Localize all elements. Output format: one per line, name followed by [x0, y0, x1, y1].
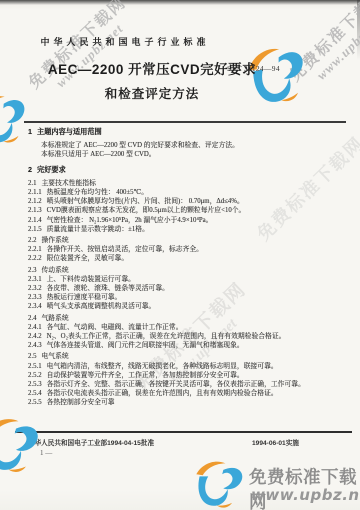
spec-line: 2.5电气系统 [28, 352, 342, 361]
clause-number: 2.4.1 [28, 323, 42, 332]
title-line-2: 和检查评定方法 [18, 84, 286, 102]
spec-line: 2.1.1热板温度分布均匀性： 400±5℃。 [28, 188, 342, 197]
clause-number: 2.4.2 [28, 332, 42, 341]
spec-line: 2.5.1电气箱内清洁，布线整齐，线路无破损老化，各种线路标志明显，联接可靠。 [28, 362, 342, 371]
clause-text: CVD膜表面观察应基本无发花，即0.5μm以上的颗粒每片应<10个。 [47, 207, 246, 214]
spec-line: 2.3.2各皮带、滚轮、滚珠、链条等灵活可靠。 [28, 284, 342, 293]
clause-text: 喷气头支承高度调整机构灵活可靠。 [47, 303, 156, 310]
spec-line: 2.5.3各指示灯齐全、完整、指示正确，各按键开关灵活可靠，各仪表指示正确，工作… [28, 380, 342, 389]
spec-line: 2.3传动系统 [28, 266, 342, 275]
clause-number: 2.4.3 [28, 341, 42, 350]
clause-text: 本标准规定了 AEC—2200 型 CVD 的完好要求和检查、评定方法。 [41, 142, 239, 149]
clause-text: 上、下料传动装置运行可靠。 [47, 276, 135, 283]
scan-edge-artifact [0, 0, 360, 5]
spec-line: 2.2.2限位装置齐全，灵敏可靠。 [28, 254, 342, 263]
clause-text: 各皮带、滚轮、滚珠、链条等灵活可靠。 [47, 285, 169, 292]
clause-number: 2.3 [28, 266, 37, 275]
clause-text: 气体各连接头管道、阀门元件之间联接牢固，无漏气和堵塞现象。 [47, 342, 244, 349]
watermark-url-text: www.upbz.net [251, 486, 360, 504]
clause-number: 2.3.2 [28, 284, 42, 293]
clause-number: 2.1.3 [28, 206, 42, 215]
clause-number: 2.5.4 [28, 389, 42, 398]
clause-text: 电气箱内清洁，布线整齐，线路无破损老化，各种线路标志明显，联接可靠。 [47, 363, 278, 370]
clause-number: 2.4 [28, 314, 37, 323]
spec-line: 2.2操作系统 [28, 236, 342, 245]
clause-text: 自动保护装置等元件齐全，工作正常，各加热控制部分安全可靠。 [47, 372, 244, 379]
spec-line: 2.1主要技术性能指标 [28, 179, 342, 188]
effective-date: 1994-06-01实施 [252, 437, 299, 447]
spec-line: 2.5.5各热控制部分安全可靠 [28, 398, 342, 407]
clause-number: 2.1.1 [28, 188, 42, 197]
spec-line: 2.4.3气体各连接头管道、阀门元件之间联接牢固，无漏气和堵塞现象。 [28, 341, 342, 350]
clause-number: 2.5 [28, 352, 37, 361]
spec-line: 2.3.1上、下料传动装置运行可靠。 [28, 275, 342, 284]
clause-text: 各指示灯齐全、完整、指示正确，各按键开关灵活可靠，各仪表指示正确，工作可靠。 [47, 381, 305, 388]
clause-text: 主题内容与适用范围 [37, 127, 102, 136]
spec-line: 2.5.4各指示仪电流表头指示正确，误差在允许范围内，且有有效期内检验合格证。 [28, 389, 342, 398]
spec-line: 2.1.5质量流量计显示数字跳动：±1格。 [28, 225, 342, 234]
clause-text: 各气缸、气动阀、电磁阀、流量计工作正常。 [47, 324, 183, 331]
clause-text: 操作系统 [42, 237, 69, 244]
spec-line: 2.1.3CVD膜表面观察应基本无发花，即0.5μm以上的颗粒每片应<10个。 [28, 206, 342, 215]
spec-line: 2.4.2N₂、O₂表头工作正常，指示正确，误差在允许范围内，且有有效期检验合格… [28, 332, 342, 341]
clause-number: 2.5.2 [28, 371, 42, 380]
clause-text: 完好要求 [37, 165, 66, 174]
clause-text: 传动系统 [42, 267, 69, 274]
header-rule [24, 121, 346, 123]
up-logo-icon [192, 458, 246, 510]
scanned-page: 免费标准下载网 www.upbz.net 免费标准下载网 www.upbz.ne… [0, 0, 360, 510]
clause-number: 2.2 [28, 236, 37, 245]
spec-line: 本标准只适用于 AEC—2200 型 CVD。 [28, 150, 342, 159]
spec-line: 2.2.1各操作开关、按钮启动灵活，定位可靠，标志齐全。 [28, 245, 342, 254]
spec-line: 2.1.4气密性检查： N₂1.96×10⁵Pa，2h 漏气应小于4.9×10⁴… [28, 216, 342, 225]
clause-number: 2.1.5 [28, 225, 42, 234]
clause-text: 热板运行速度平稳可靠。 [47, 294, 122, 301]
spec-line: 2.4.1各气缸、气动阀、电磁阀、流量计工作正常。 [28, 323, 342, 332]
standard-org-line: 中华人民共和国电子行业标准 [0, 35, 250, 48]
clause-number: 2.1.2 [28, 197, 42, 206]
clause-number: 2.2.1 [28, 245, 42, 254]
approval-line: 中华人民共和国电子工业部1994-04-15批准 [28, 437, 154, 447]
clause-number: 2.5.5 [28, 398, 42, 407]
clause-text: 质量流量计显示数字跳动：±1格。 [47, 226, 149, 233]
clause-number: 2 [28, 165, 32, 174]
spec-line: 1主题内容与适用范围 [28, 127, 342, 136]
page-number: 1 — [40, 449, 52, 457]
clause-text: 主要技术性能指标 [42, 180, 96, 187]
clause-number: 2.5.1 [28, 362, 42, 371]
watermark-site-text: 免费标准下载网 [249, 464, 360, 510]
clause-text: 电气系统 [42, 353, 69, 360]
clause-text: N₂、O₂表头工作正常，指示正确，误差在允许范围内，且有有效期检验合格证。 [47, 333, 286, 340]
footer-rule [15, 431, 352, 433]
document-body: 1主题内容与适用范围本标准规定了 AEC—2200 型 CVD 的完好要求和检查… [28, 127, 342, 408]
watermark-url-text: www.upbz.net [287, 0, 360, 109]
clause-number: 2.3.3 [28, 293, 42, 302]
clause-text: 喷头喷射气体膜厚均匀性(片内、片间、批间)： 0.70μm，Δd≤4%。 [47, 198, 244, 205]
spec-line: 2完好要求 [28, 165, 342, 174]
standard-number: SJ/T 31124—94 [227, 64, 280, 73]
clause-text: 热板温度分布均匀性： 400±5℃。 [47, 189, 148, 196]
clause-number: 2.1.4 [28, 216, 42, 225]
clause-text: 气路系统 [42, 315, 69, 322]
clause-number: 2.2.2 [28, 254, 42, 263]
spec-line: 本标准规定了 AEC—2200 型 CVD 的完好要求和检查、评定方法。 [28, 141, 342, 150]
spec-line: 2.3.4喷气头支承高度调整机构灵活可靠。 [28, 302, 342, 311]
clause-number: 2.3.1 [28, 275, 42, 284]
clause-text: 各指示仪电流表头指示正确，误差在允许范围内，且有有效期内检验合格证。 [47, 390, 278, 397]
clause-number: 2.3.4 [28, 302, 42, 311]
spec-line: 2.5.2自动保护装置等元件齐全，工作正常，各加热控制部分安全可靠。 [28, 371, 342, 380]
clause-number: 1 [28, 127, 32, 136]
clause-text: 各操作开关、按钮启动灵活，定位可靠，标志齐全。 [47, 246, 203, 253]
spec-line: 2.1.2喷头喷射气体膜厚均匀性(片内、片间、批间)： 0.70μm，Δd≤4%… [28, 197, 342, 206]
clause-number: 2.5.3 [28, 380, 42, 389]
clause-text: 限位装置齐全，灵敏可靠。 [47, 255, 129, 262]
spec-line: 2.3.3热板运行速度平稳可靠。 [28, 293, 342, 302]
clause-text: 气密性检查： N₂1.96×10⁵Pa，2h 漏气应小于4.9×10⁴Pa。 [47, 217, 213, 224]
clause-text: 各热控制部分安全可靠 [47, 399, 115, 406]
clause-text: 本标准只适用于 AEC—2200 型 CVD。 [41, 151, 156, 158]
spec-line: 2.4气路系统 [28, 314, 342, 323]
clause-number: 2.1 [28, 179, 37, 188]
